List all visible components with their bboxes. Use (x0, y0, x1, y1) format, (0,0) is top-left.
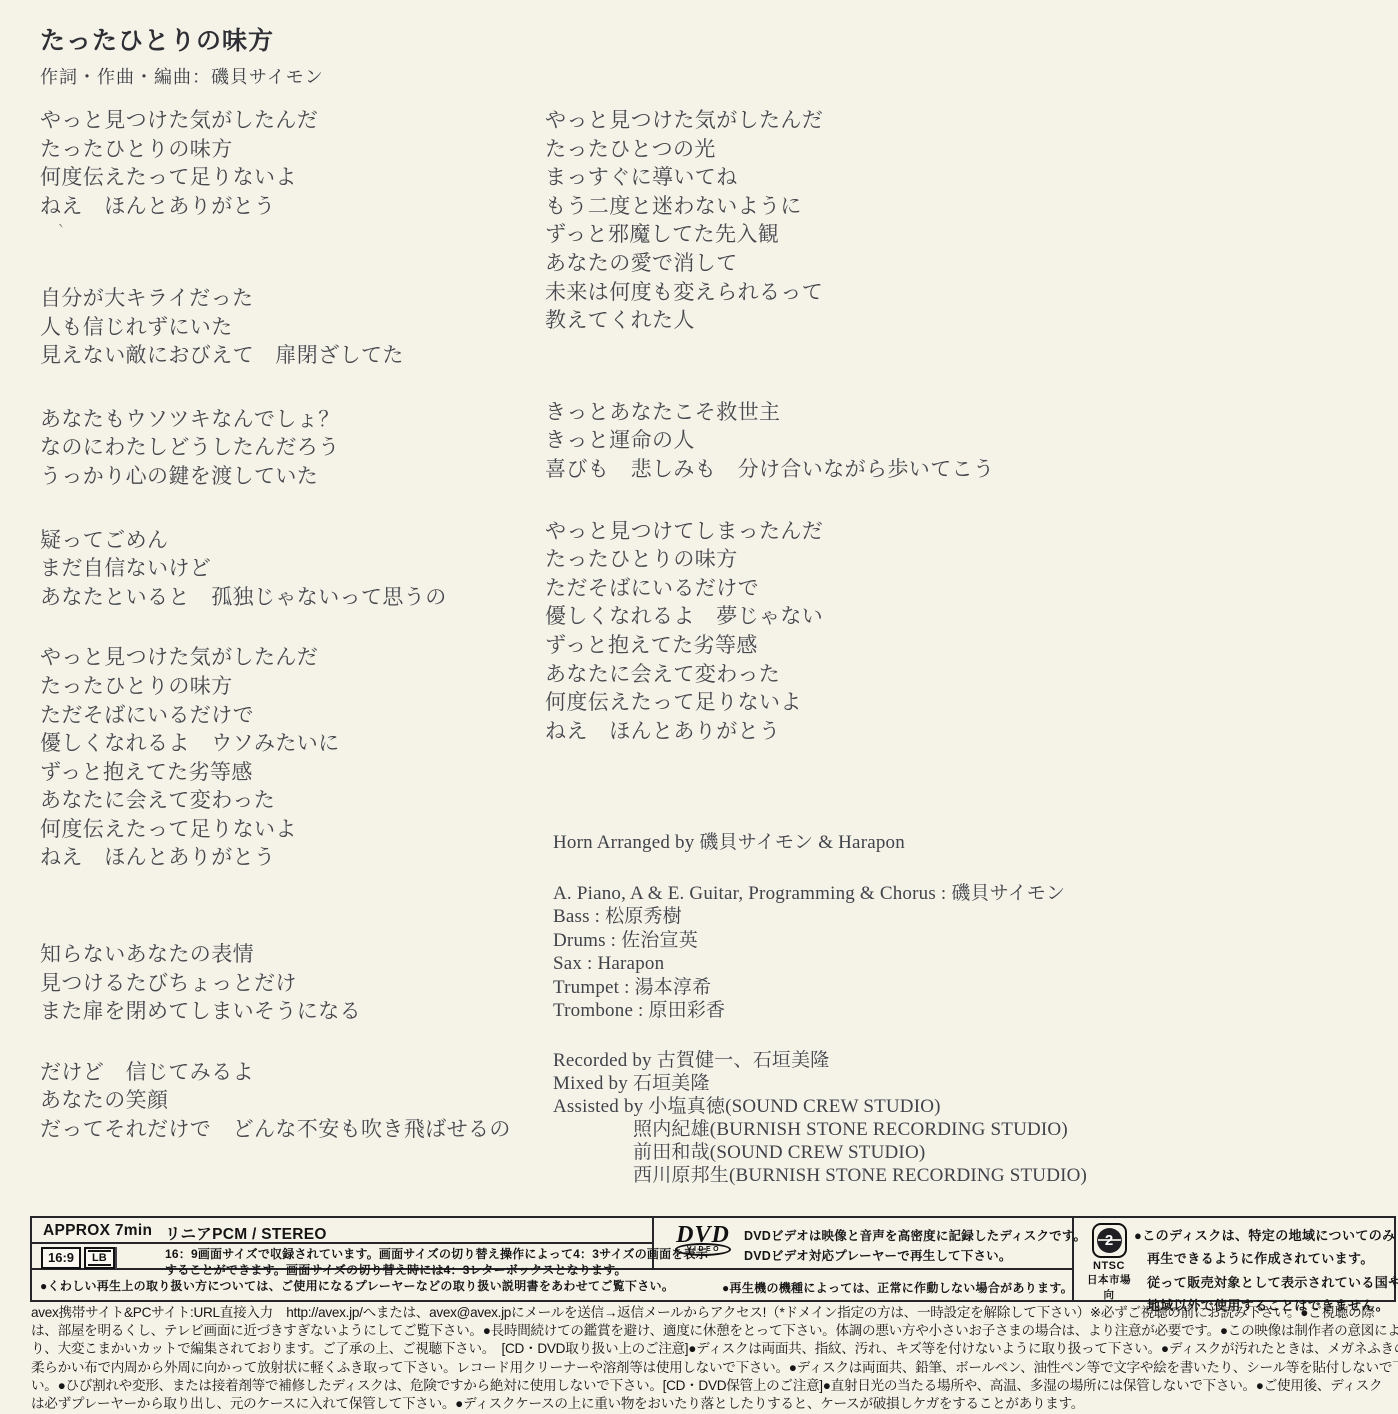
lyric-line: もう二度と迷わないように (545, 192, 1087, 221)
lyric-stanza: やっと見つけてしまったんだ たったひとりの味方 ただそばにいるだけで 優しくなれ… (545, 517, 1087, 746)
assisted-credit-line: 照内紀雄(BURNISH STONE RECORDING STUDIO) (553, 1118, 1087, 1141)
lyric-line: ねえ ほんとありがとう (40, 192, 511, 221)
lyric-line: 知らないあなたの表情 (40, 940, 511, 969)
lyric-line: 優しくなれるよ 夢じゃない (545, 602, 1087, 631)
player-compat-note: ●再生機の機種によっては、正常に作動しない場合があります。 (722, 1279, 1073, 1296)
musician-credit-line: Bass : 松原秀樹 (553, 905, 1087, 929)
fine-print-line: い。●ひび割れや変形、または接着剤等で補修したディスクは、危険ですから絶対に使用… (31, 1377, 1397, 1395)
lyric-line: やっと見つけてしまったんだ (545, 517, 1087, 546)
recorded-credit: Recorded by 古賀健一、石垣美隆 (553, 1049, 1087, 1072)
lyric-line: きっと運命の人 (545, 426, 1087, 455)
lyric-line: だってそれだけで どんな不安も吹き飛ばせるの (40, 1115, 511, 1144)
fine-print-line: avex携帯サイト&PCサイト:URL直接入力 http://avex.jp/へ… (31, 1304, 1397, 1322)
aspect-ratio-badge: 16:9 (41, 1247, 81, 1269)
panel-divider (32, 1242, 652, 1244)
region-note-line: 従って販売対象として表示されている国や (1134, 1271, 1398, 1294)
lyric-line: まだ自信ないけど (40, 554, 511, 583)
lyric-line: だけど 信じてみるよ (40, 1058, 511, 1087)
market-label: 日本市場向 (1085, 1272, 1133, 1302)
lyric-line: ずっと抱えてた劣等感 (40, 758, 511, 787)
lyric-line: 疑ってごめん (40, 526, 511, 555)
region-note-line: ●このディスクは、特定の地域についてのみ (1134, 1224, 1398, 1247)
stray-mark: ｀ (40, 220, 511, 249)
assisted-credit-line: 前田和哉(SOUND CREW STUDIO) (553, 1141, 1087, 1164)
lyric-line: 教えてくれた人 (545, 306, 1087, 335)
lyric-line: きっとあなたこそ救世主 (545, 398, 1087, 427)
fine-print-line: 柔らかい布で内周から外周に向かって放射状に軽くふき取って下さい。レコード用クリー… (31, 1359, 1397, 1377)
tech-info-panel: APPROX 7min リニアPCM / STEREO 16:9 LB 16：9… (30, 1216, 1396, 1302)
lyric-line: なのにわたしどうしたんだろう (40, 433, 511, 462)
lyric-line: やっと見つけた気がしたんだ (545, 106, 1087, 135)
song-header: たったひとりの味方 作詞・作曲・編曲：磯貝サイモン (40, 26, 324, 89)
player-handling-note: ●くわしい再生上の取り扱い方については、ご使用になるプレーヤーなどの取り扱い説明… (40, 1277, 674, 1294)
fine-print: avex携帯サイト&PCサイト:URL直接入力 http://avex.jp/へ… (31, 1304, 1397, 1413)
musician-credit-line: Trumpet : 湯本淳希 (553, 976, 1087, 1000)
lyric-line: 未来は何度も変えられるって (545, 278, 1087, 307)
lyric-line: あなたの愛で消して (545, 249, 1087, 278)
lyric-line: 見えない敵におびえて 扉閉ざしてた (40, 341, 511, 370)
lyric-line: たったひとりの味方 (40, 672, 511, 701)
musician-credits: A. Piano, A & E. Guitar, Programming & C… (553, 882, 1087, 1023)
lyric-line: 何度伝えたって足りないよ (40, 163, 511, 192)
lyric-line: たったひとりの味方 (40, 135, 511, 164)
ntsc-label: NTSC (1085, 1260, 1133, 1272)
lyric-line: 何度伝えたって足りないよ (545, 688, 1087, 717)
lyric-line: 人も信じれずにいた (40, 313, 511, 342)
fine-print-line: は必ずプレーヤーから取り出し、元のケースに入れて保管して下さい。●ディスクケース… (31, 1395, 1397, 1413)
lyric-line: ただそばにいるだけで (545, 574, 1087, 603)
lyric-line: まっすぐに導いてね (545, 163, 1087, 192)
aspect-note: 16：9画面サイズで収録されています。画面サイズの切り替え操作によって4：3サイ… (165, 1246, 708, 1278)
mixed-credit: Mixed by 石垣美隆 (553, 1072, 1087, 1095)
dvd-note-line: DVDビデオ対応プレーヤーで再生して下さい。 (744, 1246, 1086, 1266)
fine-print-line: は、部屋を明るくし、テレビ画面に近づきすぎないようにしてご覧下さい。●長時間続け… (31, 1322, 1397, 1340)
aspect-note-line: 16：9画面サイズで収録されています。画面サイズの切り替え操作によって4：3サイ… (165, 1246, 708, 1262)
lyric-line: ずっと邪魔してた先入観 (545, 220, 1087, 249)
lyric-stanza: やっと見つけた気がしたんだ たったひとりの味方 何度伝えたって足りないよ ねえ … (40, 106, 511, 249)
lyric-line: 優しくなれるよ ウソみたいに (40, 729, 511, 758)
assisted-credit-line: Assisted by 小塩真徳(SOUND CREW STUDIO) (553, 1095, 1087, 1118)
lyric-line: 喜びも 悲しみも 分け合いながら歩いてこう (545, 455, 1087, 484)
lyric-line: 何度伝えたって足りないよ (40, 815, 511, 844)
fine-print-line: り、大変こまかいカットで編集されております。ご了承の上、ご視聴下さい。 [CD・… (31, 1340, 1397, 1358)
dvd-video-logo: DVD VIDEO (670, 1225, 736, 1256)
recording-credits: Recorded by 古賀健一、石垣美隆 Mixed by 石垣美隆 Assi… (553, 1049, 1087, 1187)
lyric-line: あなたに会えて変わった (545, 660, 1087, 689)
lyric-line: うっかり心の鍵を渡していた (40, 462, 511, 491)
region-note-line: 再生できるように作成されています。 (1134, 1247, 1398, 1270)
lyric-line: ねえ ほんとありがとう (40, 843, 511, 872)
letterbox-badge: LB (84, 1247, 115, 1269)
lyric-stanza: だけど 信じてみるよ あなたの笑顔 だってそれだけで どんな不安も吹き飛ばせるの (40, 1058, 511, 1144)
globe-2-icon: 2 (1097, 1228, 1122, 1253)
audio-format-label: リニアPCM / STEREO (165, 1222, 327, 1244)
booklet-page: たったひとりの味方 作詞・作曲・編曲：磯貝サイモン やっと見つけた気がしたんだ … (0, 0, 1398, 1414)
dvd-logo-icon: DVD (670, 1225, 736, 1245)
lyric-line: また扉を閉めてしまいそうになる (40, 997, 511, 1026)
lyric-line: ずっと抱えてた劣等感 (545, 631, 1087, 660)
lyric-line: たったひとつの光 (545, 135, 1087, 164)
lyrics-column-right: やっと見つけた気がしたんだ たったひとつの光 まっすぐに導いてね もう二度と迷わ… (545, 106, 1087, 1187)
lyric-stanza: あなたもウソツキなんでしょ？ なのにわたしどうしたんだろう うっかり心の鍵を渡し… (40, 405, 511, 491)
lyric-line: やっと見つけた気がしたんだ (40, 106, 511, 135)
lyric-line: ねえ ほんとありがとう (545, 717, 1087, 746)
horn-arranged-credit: Horn Arranged by 磯貝サイモン & Harapon (553, 831, 1087, 855)
lyric-line: ただそばにいるだけで (40, 701, 511, 730)
dvd-note-line: DVDビデオは映像と音声を高密度に記録したディスクです。 (744, 1226, 1086, 1246)
musician-credit-line: A. Piano, A & E. Guitar, Programming & C… (553, 882, 1087, 906)
dvd-note: DVDビデオは映像と音声を高密度に記録したディスクです。 DVDビデオ対応プレー… (744, 1226, 1086, 1266)
musician-credit-line: Trombone : 原田彩香 (553, 999, 1087, 1023)
lyric-line: 見つけるたびちょっとだけ (40, 969, 511, 998)
lyric-stanza: 疑ってごめん まだ自信ないけど あなたといると 孤独じゃないって思うの (40, 526, 511, 612)
lyric-line: たったひとりの味方 (545, 545, 1087, 574)
lyric-stanza: きっとあなたこそ救世主 きっと運命の人 喜びも 悲しみも 分け合いながら歩いてこ… (545, 398, 1087, 484)
lyric-line: あなたもウソツキなんでしょ？ (40, 405, 511, 434)
musician-credit-line: Drums : 佐治宣英 (553, 929, 1087, 953)
lyric-stanza: やっと見つけた気がしたんだ たったひとつの光 まっすぐに導いてね もう二度と迷わ… (545, 106, 1087, 335)
lyric-line: やっと見つけた気がしたんだ (40, 643, 511, 672)
assisted-credit-line: 西川原邦生(BURNISH STONE RECORDING STUDIO) (553, 1164, 1087, 1187)
lyric-line: あなたに会えて変わった (40, 786, 511, 815)
aspect-badges: 16:9 LB (41, 1247, 115, 1269)
region-number: 2 (1105, 1233, 1113, 1248)
writer-credit: 作詞・作曲・編曲：磯貝サイモン (40, 63, 324, 89)
aspect-note-line: することができます。画面サイズの切り替え時には4：3レターボックスとなります。 (165, 1262, 708, 1278)
credits-section: Horn Arranged by 磯貝サイモン & Harapon A. Pia… (553, 831, 1087, 1187)
lyric-line: あなたの笑顔 (40, 1086, 511, 1115)
lyric-line: あなたといると 孤独じゃないって思うの (40, 583, 511, 612)
region-code-logo: 2 NTSC 日本市場向 (1085, 1223, 1133, 1302)
lyrics-column-left: やっと見つけた気がしたんだ たったひとりの味方 何度伝えたって足りないよ ねえ … (40, 106, 511, 1144)
runtime-label: APPROX 7min (43, 1222, 152, 1240)
lyric-stanza: 知らないあなたの表情 見つけるたびちょっとだけ また扉を閉めてしまいそうになる (40, 940, 511, 1026)
lyric-line: 自分が大キライだった (40, 284, 511, 313)
lyric-stanza: やっと見つけた気がしたんだ たったひとりの味方 ただそばにいるだけで 優しくなれ… (40, 643, 511, 872)
lyric-stanza: 自分が大キライだった 人も信じれずにいた 見えない敵におびえて 扉閉ざしてた (40, 284, 511, 370)
musician-credit-line: Sax : Harapon (553, 952, 1087, 976)
page-title: たったひとりの味方 (40, 26, 324, 58)
region-frame-icon: 2 (1092, 1223, 1127, 1258)
